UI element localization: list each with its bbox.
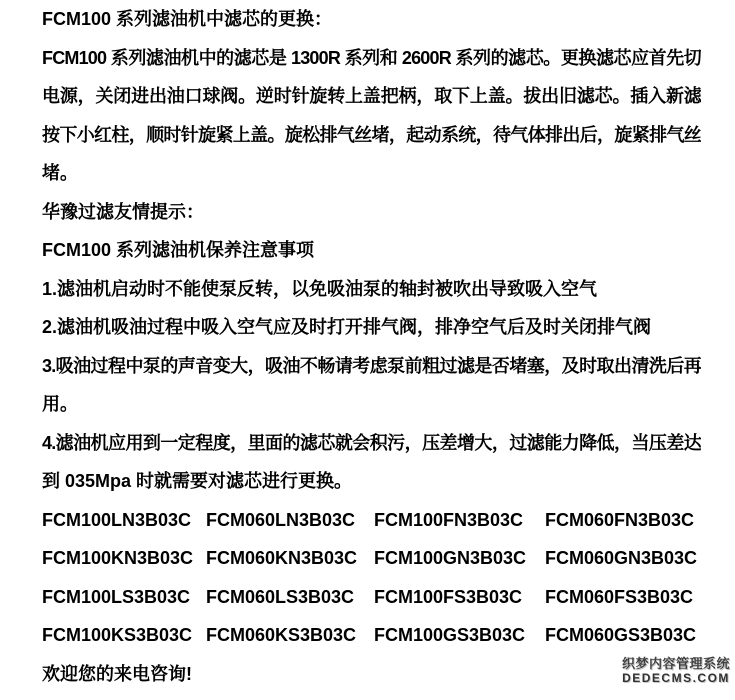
model-number: FCM060LS3B03C	[206, 578, 374, 617]
doc-line-replacement-steps-1: FCM100 系列滤油机中的滤芯是 1300R 系列和 2600R 系列的滤芯。…	[42, 39, 701, 78]
doc-line-replacement-steps-4: 堵。	[42, 154, 701, 193]
model-number: FCM100FS3B03C	[374, 578, 545, 617]
model-row: FCM100LS3B03C FCM060LS3B03C FCM100FS3B03…	[42, 578, 701, 617]
watermark-cms-domain: DEDECMS.COM	[622, 671, 730, 685]
model-number: FCM100LS3B03C	[42, 578, 206, 617]
article-page: { "colors": { "background": "#ffffff", "…	[0, 0, 735, 700]
model-number: FCM060GN3B03C	[545, 539, 701, 578]
model-number: FCM060GS3B03C	[545, 616, 701, 655]
model-number: FCM100KS3B03C	[42, 616, 206, 655]
model-number: FCM060KN3B03C	[206, 539, 374, 578]
doc-line-replacement-title: FCM100 系列滤油机中滤芯的更换：	[42, 0, 701, 39]
doc-line-note-4a: 4.滤油机应用到一定程度，里面的滤芯就会积污，压差增大，过滤能力降低，当压差达	[42, 424, 701, 463]
model-row: FCM100KN3B03C FCM060KN3B03C FCM100GN3B03…	[42, 539, 701, 578]
model-number: FCM060FS3B03C	[545, 578, 701, 617]
article-body: FCM100 系列滤油机中滤芯的更换： FCM100 系列滤油机中的滤芯是 13…	[0, 0, 735, 693]
model-number: FCM100GN3B03C	[374, 539, 545, 578]
model-row: FCM100LN3B03C FCM060LN3B03C FCM100FN3B03…	[42, 501, 701, 540]
doc-line-note-1: 1.滤油机启动时不能使泵反转，以免吸油泵的轴封被吹出导致吸入空气	[42, 270, 701, 309]
model-number: FCM100KN3B03C	[42, 539, 206, 578]
watermark-cms-name: 织梦内容管理系统	[622, 657, 730, 671]
doc-line-maintenance-heading: FCM100 系列滤油机保养注意事项	[42, 231, 701, 270]
model-row: FCM100KS3B03C FCM060KS3B03C FCM100GS3B03…	[42, 616, 701, 655]
model-number: FCM060LN3B03C	[206, 501, 374, 540]
doc-line-note-4b: 到 035Mpa 时就需要对滤芯进行更换。	[42, 462, 701, 501]
doc-line-note-2: 2.滤油机吸油过程中吸入空气应及时打开排气阀，排净空气后及时关闭排气阀	[42, 308, 701, 347]
doc-line-replacement-steps-3: 按下小红柱，顺时针旋紧上盖。旋松排气丝堵，起动系统，待气体排出后，旋紧排气丝	[42, 116, 701, 155]
doc-line-note-3a: 3.吸油过程中泵的声音变大，吸油不畅请考虑泵前粗过滤是否堵塞，及时取出清洗后再	[42, 347, 701, 386]
model-number: FCM100GS3B03C	[374, 616, 545, 655]
model-number: FCM060FN3B03C	[545, 501, 701, 540]
doc-line-replacement-steps-2: 电源，关闭进出油口球阀。逆时针旋转上盖把柄，取下上盖。拔出旧滤芯。插入新滤芯，	[42, 77, 701, 116]
model-number: FCM060KS3B03C	[206, 616, 374, 655]
doc-line-note-3b: 用。	[42, 385, 701, 424]
dedecms-watermark: 织梦内容管理系统 DEDECMS.COM	[622, 657, 730, 685]
model-number: FCM100LN3B03C	[42, 501, 206, 540]
model-number: FCM100FN3B03C	[374, 501, 545, 540]
doc-line-tips-heading: 华豫过滤友情提示：	[42, 193, 701, 232]
doc-line-closing-invitation: 欢迎您的来电咨询!	[42, 655, 701, 694]
